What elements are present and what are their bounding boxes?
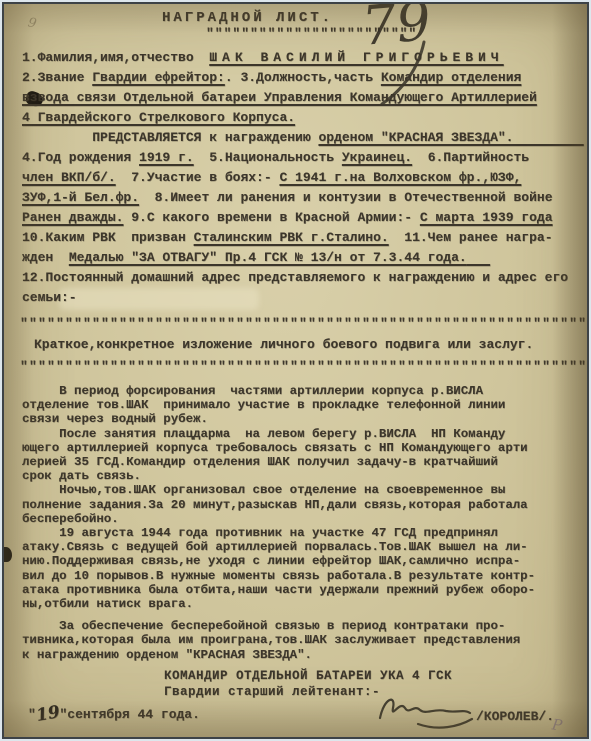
date-rest: "сентября 44 года. bbox=[59, 707, 199, 722]
text-segment bbox=[467, 250, 490, 265]
text-segment: ПРЕДСТАВЛЯЕТСЯ к награждению bbox=[22, 130, 318, 145]
text-segment: член ВКП/б/. bbox=[22, 170, 116, 185]
form-line: взвода связи Отдельной батареи Управлени… bbox=[22, 88, 587, 108]
corner-pencil-mark: 9 bbox=[27, 15, 38, 31]
text-segment: Ночью,тов.ШАК организовал свое отделение… bbox=[22, 483, 505, 497]
text-segment: 8.Имеет ли ранения и контузии в Отечеств… bbox=[139, 190, 552, 205]
text-segment: к награждению орденом "КРАСНАЯ ЗВЕЗДА". bbox=[22, 648, 312, 662]
body-line: За обеспечение бесперебойной связью в пе… bbox=[22, 619, 587, 633]
text-segment: вил до 10 порывов.В нужные моменты связь… bbox=[22, 569, 535, 583]
text-segment: Ранен дважды. bbox=[22, 210, 123, 225]
text-segment: полнение задания.За 20 минут,разыскав НП… bbox=[22, 498, 528, 512]
text-segment: 1919 г. bbox=[139, 150, 194, 165]
text-segment: ШАК ВАСИЛИЙ ГРИГОРЬЕВИЧ bbox=[209, 50, 503, 65]
commander-title-line: КОМАНДИР ОТДЕЛЬНОЙ БАТАРЕИ УКА 4 ГСК bbox=[164, 669, 452, 683]
text-segment: 10.Каким РВК призван bbox=[22, 230, 194, 245]
text-segment: 1.Фамилия,имя,отчество bbox=[22, 50, 209, 65]
signature-typed-name: /КОРОЛЕВ/. bbox=[476, 709, 554, 724]
form-line: семьи:- bbox=[22, 288, 587, 308]
text-segment: тивника,которая была им проиграна,тов.ША… bbox=[22, 633, 520, 647]
form-line: ЗУФ,1-й Бел.фр. 8.Имеет ли ранения и кон… bbox=[22, 188, 587, 208]
text-segment: ющего артиллерией корпуса требовалось св… bbox=[22, 441, 528, 455]
form-line: жден Медалью "ЗА ОТВАГУ" Пр.4 ГСК № 13/н… bbox=[22, 248, 587, 268]
text-segment: 9.С какого времени в Красной Армии:- bbox=[123, 210, 419, 225]
text-segment: 5.Национальность bbox=[194, 150, 342, 165]
ink-blot bbox=[4, 547, 12, 562]
form-line: Ранен дважды. 9.С какого времени в Красн… bbox=[22, 208, 587, 228]
document-title: НАГРАДНОЙ ЛИСТ. bbox=[162, 10, 333, 26]
document-paper: НАГРАДНОЙ ЛИСТ. """"""""""""""""""""""""… bbox=[4, 4, 587, 737]
body-line: бесперебойно. bbox=[22, 512, 587, 526]
body-line: атаку.Связь с ведущей бой артиллерией по… bbox=[22, 540, 587, 554]
bottom-stamp-mark: Р bbox=[551, 715, 564, 734]
signature-korolev bbox=[366, 688, 478, 737]
body-line: полнение задания.За 20 минут,разыскав НП… bbox=[22, 498, 587, 512]
form-line: 12.Постоянный домашний адрес представляе… bbox=[22, 268, 587, 288]
text-segment: В период форсирования частями артиллерии… bbox=[22, 384, 483, 398]
section-divider: """"""""""""""""""""""""""""""""""""""""… bbox=[20, 359, 587, 374]
text-segment: 7.Участие в боях:- bbox=[116, 170, 280, 185]
text-segment: 4 Гвардейского Стрелкового Корпуса. bbox=[22, 110, 295, 125]
body-line: нию.Поддерживая связь,не уходя с линии е… bbox=[22, 554, 587, 568]
form-line: 10.Каким РВК призван Сталинским РВК г.Ст… bbox=[22, 228, 587, 248]
text-segment: атаку.Связь с ведущей бой артиллерией по… bbox=[22, 540, 528, 554]
text-segment: После занятия плацдарма на левом берегу … bbox=[22, 427, 505, 441]
body-line: После занятия плацдарма на левом берегу … bbox=[22, 427, 587, 441]
text-segment: Украинец. bbox=[342, 150, 412, 165]
scanned-award-document: { "page": { "paper_color": "#cfc59c", "i… bbox=[0, 0, 591, 741]
text-segment: орденом "КРАСНАЯ ЗВЕЗДА". bbox=[318, 130, 583, 145]
text-segment: 11.Чем ранее награ- bbox=[389, 230, 553, 245]
text-segment: срок дать связь. bbox=[22, 469, 141, 483]
text-segment: 12.Постоянный домашний адрес представляе… bbox=[22, 270, 568, 285]
body-line: срок дать связь. bbox=[22, 469, 587, 483]
text-segment: Медалью "ЗА ОТВАГУ" Пр.4 ГСК № 13/н от 7… bbox=[69, 250, 467, 265]
text-segment: 19 августа 1944 года противник на участк… bbox=[22, 526, 498, 540]
handwritten-day: 19 bbox=[34, 702, 61, 726]
body-line: 19 августа 1944 года противник на участк… bbox=[22, 526, 587, 540]
text-segment: Командир отделения bbox=[381, 70, 521, 85]
body-line: тивника,которая была им проиграна,тов.ША… bbox=[22, 633, 587, 647]
text-segment: ны,отбили натиск врага. bbox=[22, 597, 193, 611]
text-segment: За обеспечение бесперебойной связью в пе… bbox=[22, 619, 505, 633]
body-line: ющего артиллерией корпуса требовалось св… bbox=[22, 441, 587, 455]
text-segment: 2.Звание bbox=[22, 70, 92, 85]
text-segment: Сталинским РВК г.Сталино. bbox=[194, 230, 389, 245]
body-line: лерией 35 ГСД.Командир отделения ШАК пол… bbox=[22, 455, 587, 469]
text-segment: Гвардии ефрейтор: bbox=[92, 70, 225, 85]
text-segment: нию.Поддерживая связь,не уходя с линии е… bbox=[22, 554, 520, 568]
text-segment: жден bbox=[22, 250, 69, 265]
text-segment: 4.Год рождения bbox=[22, 150, 139, 165]
text-segment: 6.Партийность bbox=[412, 150, 529, 165]
body-line: ны,отбили натиск врага. bbox=[22, 597, 587, 611]
body-line: В период форсирования частями артиллерии… bbox=[22, 384, 587, 398]
form-line: 2.Звание Гвардии ефрейтор:. 3.Должность,… bbox=[22, 68, 587, 88]
form-line: 4.Год рождения 1919 г. 5.Национальность … bbox=[22, 148, 587, 168]
body-line: связи через водный рубеж. bbox=[22, 412, 587, 426]
text-segment: С 1941 г.на Волховском фр.,ЮЗФ, bbox=[279, 170, 521, 185]
form-line: 1.Фамилия,имя,отчество ШАК ВАСИЛИЙ ГРИГО… bbox=[22, 48, 587, 68]
text-segment: атака противника была отбита,наши части … bbox=[22, 583, 535, 597]
body-line: вил до 10 порывов.В нужные моменты связь… bbox=[22, 569, 587, 583]
commander-rank-line: Гвардии старший лейтенант:- bbox=[164, 685, 380, 699]
form-line: ПРЕДСТАВЛЯЕТСЯ к награждению орденом "КР… bbox=[22, 128, 587, 148]
section-divider: """"""""""""""""""""""""""""""""""""""""… bbox=[20, 316, 587, 331]
body-line: атака противника была отбита,наши части … bbox=[22, 583, 587, 597]
body-line: отделение тов.ШАК принимало участие в пр… bbox=[22, 398, 587, 412]
text-segment: бесперебойно. bbox=[22, 512, 119, 526]
body-line: к награждению орденом "КРАСНАЯ ЗВЕЗДА". bbox=[22, 648, 587, 662]
form-line: член ВКП/б/. 7.Участие в боях:- С 1941 г… bbox=[22, 168, 587, 188]
text-segment: ЗУФ,1-й Бел.фр. bbox=[22, 190, 139, 205]
form-line: 4 Гвардейского Стрелкового Корпуса. bbox=[22, 108, 587, 128]
text-segment: отделение тов.ШАК принимало участие в пр… bbox=[22, 398, 505, 412]
date-line: "19"сентября 44 года. bbox=[28, 703, 200, 723]
text-segment: связи через водный рубеж. bbox=[22, 412, 208, 426]
text-segment: взвода связи Отдельной батареи Управлени… bbox=[22, 90, 537, 105]
text-segment: лерией 35 ГСД.Командир отделения ШАК пол… bbox=[22, 455, 498, 469]
form-section: 1.Фамилия,имя,отчество ШАК ВАСИЛИЙ ГРИГО… bbox=[22, 48, 587, 308]
body-line: Ночью,тов.ШАК организовал свое отделение… bbox=[22, 483, 587, 497]
text-segment: семьи:- bbox=[22, 290, 77, 305]
feat-description: В период форсирования частями артиллерии… bbox=[22, 384, 587, 662]
text-segment: С марта 1939 года bbox=[420, 210, 553, 225]
text-segment: . 3.Должность,часть bbox=[225, 70, 381, 85]
summary-heading: Краткое,конкретное изложение личного бое… bbox=[34, 337, 533, 352]
